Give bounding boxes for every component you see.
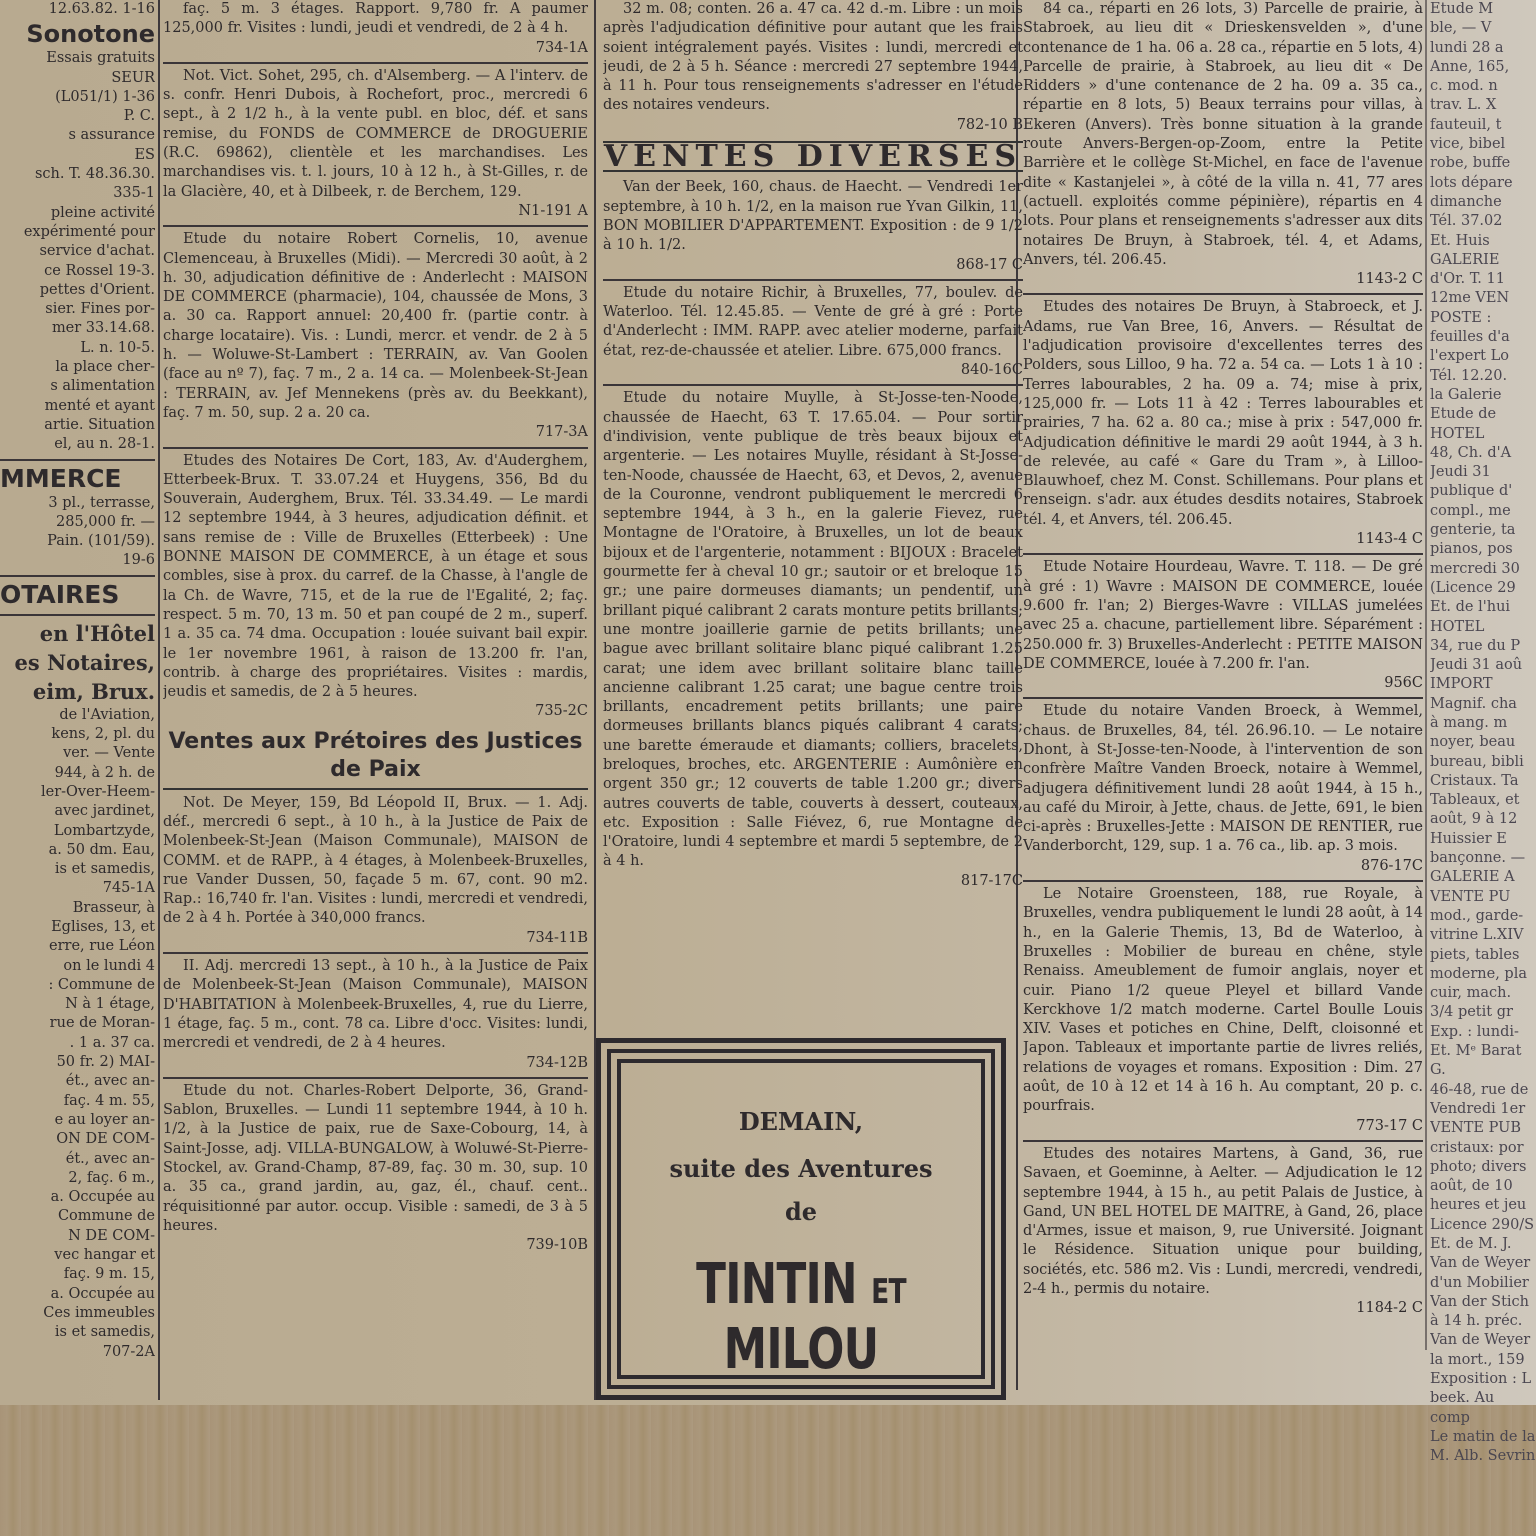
text-line: (Licence 29 bbox=[1430, 579, 1536, 598]
text-line: ON DE COM- bbox=[0, 1130, 155, 1149]
text-line: Jeudi 31 aoû bbox=[1430, 656, 1536, 675]
text-line: dimanche bbox=[1430, 193, 1536, 212]
text-line: la Galerie bbox=[1430, 386, 1536, 405]
announcement-demain: DEMAIN, bbox=[621, 1107, 981, 1136]
text-line: Et. Mᵉ Barat bbox=[1430, 1042, 1536, 1061]
text-line: ét., avec an- bbox=[0, 1150, 155, 1169]
ad-reference: 876-17C bbox=[1023, 857, 1423, 876]
ad-reference: 956C bbox=[1023, 674, 1423, 693]
text-line: Huissier E bbox=[1430, 830, 1536, 849]
text-line: Ces immeubles bbox=[0, 1304, 155, 1323]
text-line: Tél. 37.02 bbox=[1430, 212, 1536, 231]
text-line: sier. Fines por- bbox=[0, 300, 155, 319]
text-line: Magnif. cha bbox=[1430, 695, 1536, 714]
text-line: genterie, ta bbox=[1430, 521, 1536, 540]
text-line: Exposition : L bbox=[1430, 1370, 1536, 1389]
text-line: s alimentation bbox=[0, 377, 155, 396]
text-line: 944, à 2 h. de bbox=[0, 764, 155, 783]
ad-separator bbox=[163, 1077, 588, 1079]
text-line: Sonotone bbox=[0, 19, 155, 49]
right-partial-column: Etude Mble, — Vlundi 28 aAnne, 165,c. mo… bbox=[1430, 0, 1536, 1467]
text-line: G. bbox=[1430, 1061, 1536, 1080]
text-line: GALERIE bbox=[1430, 251, 1536, 270]
text-line: Van de Weyer bbox=[1430, 1254, 1536, 1273]
announcement-suite: suite des Aventures bbox=[621, 1154, 981, 1183]
section-heading-ventes-diverses: VENTES DIVERSES bbox=[603, 141, 1023, 172]
ad-separator bbox=[1023, 553, 1423, 555]
text-line: a. Occupée au bbox=[0, 1188, 155, 1207]
text-line: Commune de bbox=[0, 1207, 155, 1226]
text-line: l'expert Lo bbox=[1430, 347, 1536, 366]
text-line: lots dépare bbox=[1430, 174, 1536, 193]
text-line: robe, buffe bbox=[1430, 154, 1536, 173]
text-line: SEUR bbox=[0, 69, 155, 88]
ad-separator bbox=[163, 447, 588, 449]
ad-separator bbox=[603, 384, 1023, 386]
left-partial-column: 12.63.82. 1-16SonotoneEssais gratuitsSEU… bbox=[0, 0, 155, 1362]
ad-separator bbox=[1023, 1140, 1423, 1142]
classified-ad: 84 ca., réparti en 26 lots, 3) Parcelle … bbox=[1023, 0, 1423, 270]
classified-ad: Etude Notaire Hourdeau, Wavre. T. 118. —… bbox=[1023, 558, 1423, 674]
text-line: (L051/1) 1-36 bbox=[0, 88, 155, 107]
text-line: noyer, beau bbox=[1430, 733, 1536, 752]
text-line: ét., avec an- bbox=[0, 1072, 155, 1091]
text-line: Vendredi 1er bbox=[1430, 1100, 1536, 1119]
text-line: N DE COM- bbox=[0, 1227, 155, 1246]
text-line: pettes d'Orient. bbox=[0, 281, 155, 300]
announcement-title: TINTIN ET MILOU bbox=[661, 1252, 942, 1382]
ad-reference: 739-10B bbox=[163, 1236, 588, 1255]
text-line: heures et jeu bbox=[1430, 1196, 1536, 1215]
classified-ad: Van der Beek, 160, chaus. de Haecht. — V… bbox=[603, 178, 1023, 255]
heading-notaires: OTAIRES bbox=[0, 580, 155, 610]
text-line: HOTEL bbox=[1430, 618, 1536, 637]
text-line: à mang. m bbox=[1430, 714, 1536, 733]
text-line: vitrine L.XIV bbox=[1430, 926, 1536, 945]
classified-ad: II. Adj. mercredi 13 sept., à 10 h., à l… bbox=[163, 957, 588, 1053]
text-line: VENTE PU bbox=[1430, 888, 1536, 907]
ad-reference: 1143-2 C bbox=[1023, 270, 1423, 289]
ad-reference: 1184-2 C bbox=[1023, 1299, 1423, 1318]
ad-reference: 782-10 B bbox=[603, 116, 1023, 135]
text-line: Le matin de la bbox=[1430, 1428, 1536, 1447]
column-divider bbox=[158, 0, 160, 1400]
text-line: pianos, pos bbox=[1430, 540, 1536, 559]
text-line: beek. Au comp bbox=[1430, 1389, 1536, 1428]
ad-reference: 773-17 C bbox=[1023, 1117, 1423, 1136]
text-line: 3/4 petit gr bbox=[1430, 1003, 1536, 1022]
text-line: Etude de bbox=[1430, 405, 1536, 424]
ad-separator bbox=[1023, 880, 1423, 882]
text-line: 46-48, rue de bbox=[1430, 1081, 1536, 1100]
text-line: d'un Mobilier bbox=[1430, 1274, 1536, 1293]
ad-separator bbox=[1023, 697, 1423, 699]
text-line: ble, — V bbox=[1430, 19, 1536, 38]
text-line: c. mod. n bbox=[1430, 77, 1536, 96]
heading-commerce: MMERCE bbox=[0, 464, 155, 494]
text-line: la place cher- bbox=[0, 358, 155, 377]
text-line: piets, tables bbox=[1430, 946, 1536, 965]
text-line: la mort., 159 bbox=[1430, 1351, 1536, 1370]
text-line: artie. Situation bbox=[0, 416, 155, 435]
title-et: ET bbox=[871, 1272, 906, 1312]
text-line: août, 9 à 12 bbox=[1430, 810, 1536, 829]
classified-ad: Etudes des notaires Martens, à Gand, 36,… bbox=[1023, 1145, 1423, 1299]
text-line: à 14 h. préc. bbox=[1430, 1312, 1536, 1331]
text-line: ce Rossel 19-3. bbox=[0, 262, 155, 281]
text-line: erre, rue Léon bbox=[0, 937, 155, 956]
text-line: 2, faç. 6 m., bbox=[0, 1169, 155, 1188]
classified-ad: 32 m. 08; conten. 26 a. 47 ca. 42 d.-m. … bbox=[603, 0, 1023, 116]
ad-reference: 840-16C bbox=[603, 361, 1023, 380]
text-line: e au loyer an- bbox=[0, 1111, 155, 1130]
ad-separator bbox=[163, 952, 588, 954]
ad-separator bbox=[163, 62, 588, 64]
text-line: Brasseur, à bbox=[0, 899, 155, 918]
classified-ad: Not. Vict. Sohet, 295, ch. d'Alsemberg. … bbox=[163, 67, 588, 202]
classified-ad: faç. 5 m. 3 étages. Rapport. 9,780 fr. A… bbox=[163, 0, 588, 39]
text-line: Tél. 12.20. bbox=[1430, 367, 1536, 386]
announcement-de: de bbox=[621, 1197, 981, 1226]
text-line: es Notaires, bbox=[0, 648, 155, 677]
text-line: fauteuil, t bbox=[1430, 116, 1536, 135]
text-line: is et samedis, bbox=[0, 1323, 155, 1342]
text-line: 335-1 bbox=[0, 184, 155, 203]
text-line: août, de 10 bbox=[1430, 1177, 1536, 1196]
text-line: 285,000 fr. — bbox=[0, 513, 155, 532]
text-line: faç. 9 m. 15, bbox=[0, 1265, 155, 1284]
text-line: s assurance bbox=[0, 126, 155, 145]
text-line: HOTEL bbox=[1430, 425, 1536, 444]
text-line: eim, Brux. bbox=[0, 677, 155, 706]
text-line: Etude M bbox=[1430, 0, 1536, 19]
text-line: sch. T. 48.36.30. bbox=[0, 165, 155, 184]
text-line: Et. de M. J. bbox=[1430, 1235, 1536, 1254]
title-tintin: TINTIN bbox=[696, 1252, 857, 1317]
text-line: avec jardinet, bbox=[0, 802, 155, 821]
text-line: mer 33.14.68. bbox=[0, 319, 155, 338]
column-3: 32 m. 08; conten. 26 a. 47 ca. 42 d.-m. … bbox=[603, 0, 1023, 1035]
text-line: faç. 4 m. 55, bbox=[0, 1092, 155, 1111]
ad-reference: 734-12B bbox=[163, 1054, 588, 1073]
text-line: kens, 2, pl. du bbox=[0, 725, 155, 744]
text-line: pleine activité bbox=[0, 204, 155, 223]
classified-ad: Not. De Meyer, 159, Bd Léopold II, Brux.… bbox=[163, 794, 588, 929]
text-line: Et. de l'hui bbox=[1430, 598, 1536, 617]
text-line: mercredi 30 bbox=[1430, 560, 1536, 579]
text-line: photo; divers bbox=[1430, 1158, 1536, 1177]
text-line: lundi 28 a bbox=[1430, 39, 1536, 58]
ad-separator bbox=[1023, 293, 1423, 295]
text-line: Pain. (101/59). bbox=[0, 532, 155, 551]
text-line: Eglises, 13, et bbox=[0, 918, 155, 937]
ad-reference: 868-17 C bbox=[603, 256, 1023, 275]
text-line: Et. Huis bbox=[1430, 232, 1536, 251]
text-line: bureau, bibli bbox=[1430, 753, 1536, 772]
column-2: faç. 5 m. 3 étages. Rapport. 9,780 fr. A… bbox=[163, 0, 588, 1256]
text-line: menté et ayant bbox=[0, 397, 155, 416]
text-line: ver. — Vente bbox=[0, 744, 155, 763]
text-line: a. Occupée au bbox=[0, 1285, 155, 1304]
text-line: moderne, pla bbox=[1430, 965, 1536, 984]
text-line: Licence 290/S bbox=[1430, 1216, 1536, 1235]
text-line: 19-6 bbox=[0, 551, 155, 570]
text-line: Van der Stich bbox=[1430, 1293, 1536, 1312]
classified-ad: Etudes des notaires De Bruyn, à Stabroec… bbox=[1023, 298, 1423, 530]
column-divider bbox=[1425, 0, 1427, 1350]
text-line: 745-1A bbox=[0, 879, 155, 898]
text-line: . 1 a. 37 ca. bbox=[0, 1034, 155, 1053]
text-line: 707-2A bbox=[0, 1343, 155, 1362]
text-line: P. C. bbox=[0, 107, 155, 126]
text-line: 34, rue du P bbox=[1430, 637, 1536, 656]
text-line: d'Or. T. 11 bbox=[1430, 270, 1536, 289]
text-line: publique d' bbox=[1430, 482, 1536, 501]
ad-reference: 734-11B bbox=[163, 929, 588, 948]
text-line: 48, Ch. d'A bbox=[1430, 444, 1536, 463]
text-line: GALERIE A bbox=[1430, 868, 1536, 887]
ad-reference: 734-1A bbox=[163, 39, 588, 58]
ad-reference: 817-17C bbox=[603, 872, 1023, 891]
text-line: vec hangar et bbox=[0, 1246, 155, 1265]
text-line: ler-Over-Heem- bbox=[0, 783, 155, 802]
text-line: : Commune de bbox=[0, 976, 155, 995]
classified-ad: Etude du notaire Vanden Broeck, à Wemmel… bbox=[1023, 702, 1423, 856]
text-line: VENTE PUB bbox=[1430, 1119, 1536, 1138]
text-line: on le lundi 4 bbox=[0, 957, 155, 976]
text-line: 12me VEN bbox=[1430, 289, 1536, 308]
text-line: ES bbox=[0, 146, 155, 165]
classified-ad: Etude du not. Charles-Robert Delporte, 3… bbox=[163, 1082, 588, 1236]
text-line: mod., garde- bbox=[1430, 907, 1536, 926]
text-line: vice, bibel bbox=[1430, 135, 1536, 154]
text-line: expérimenté pour bbox=[0, 223, 155, 242]
text-line: el, au n. 28-1. bbox=[0, 435, 155, 454]
text-line: de l'Aviation, bbox=[0, 706, 155, 725]
text-line: bançonne. — bbox=[1430, 849, 1536, 868]
text-line: Lombartzyde, bbox=[0, 822, 155, 841]
ad-separator bbox=[603, 279, 1023, 281]
text-line: IMPORT bbox=[1430, 675, 1536, 694]
text-line: a. 50 dm. Eau, bbox=[0, 841, 155, 860]
classified-ad: Etude du notaire Muylle, à St-Josse-ten-… bbox=[603, 389, 1023, 871]
text-line: Essais gratuits bbox=[0, 49, 155, 68]
text-line: 12.63.82. 1-16 bbox=[0, 0, 155, 19]
text-line: Jeudi 31 bbox=[1430, 463, 1536, 482]
text-line: POSTE : bbox=[1430, 309, 1536, 328]
text-line: feuilles d'a bbox=[1430, 328, 1536, 347]
wooden-surface bbox=[0, 1405, 1536, 1536]
ad-reference: 735-2C bbox=[163, 702, 588, 721]
text-line: 3 pl., terrasse, bbox=[0, 494, 155, 513]
section-heading-pretoires: Ventes aux Prétoires des Justices de Pai… bbox=[163, 728, 588, 790]
ad-reference: 1143-4 C bbox=[1023, 530, 1423, 549]
text-line: Van de Weyer bbox=[1430, 1331, 1536, 1350]
text-line: trav. L. X bbox=[1430, 96, 1536, 115]
text-line: L. n. 10-5. bbox=[0, 339, 155, 358]
text-line: Exp. : lundi- bbox=[1430, 1023, 1536, 1042]
classified-ad: Etude du notaire Richir, à Bruxelles, 77… bbox=[603, 284, 1023, 361]
text-line: compl., me bbox=[1430, 502, 1536, 521]
classified-ad: Etudes des Notaires De Cort, 183, Av. d'… bbox=[163, 452, 588, 703]
text-line: N à 1 étage, bbox=[0, 995, 155, 1014]
column-4: 84 ca., réparti en 26 lots, 3) Parcelle … bbox=[1023, 0, 1423, 1390]
text-line: Anne, 165, bbox=[1430, 58, 1536, 77]
text-line: 50 fr. 2) MAI- bbox=[0, 1053, 155, 1072]
text-line: rue de Moran- bbox=[0, 1014, 155, 1033]
classified-ad: Etude du notaire Robert Cornelis, 10, av… bbox=[163, 230, 588, 423]
text-line: service d'achat. bbox=[0, 242, 155, 261]
text-line: cuir, mach. bbox=[1430, 984, 1536, 1003]
text-line: Tableaux, et bbox=[1430, 791, 1536, 810]
text-line: M. Alb. Sevrin bbox=[1430, 1447, 1536, 1466]
text-line: Cristaux. Ta bbox=[1430, 772, 1536, 791]
text-line: is et samedis, bbox=[0, 860, 155, 879]
tintin-announcement-box: DEMAIN, suite des Aventures de TINTIN ET… bbox=[596, 1038, 1006, 1400]
classified-ad: Le Notaire Groensteen, 188, rue Royale, … bbox=[1023, 885, 1423, 1117]
title-milou: MILOU bbox=[724, 1317, 879, 1382]
ad-reference: 717-3A bbox=[163, 423, 588, 442]
ad-reference: N1-191 A bbox=[163, 202, 588, 221]
text-line: cristaux: por bbox=[1430, 1139, 1536, 1158]
ad-separator bbox=[163, 225, 588, 227]
text-line: en l'Hôtel bbox=[0, 619, 155, 648]
